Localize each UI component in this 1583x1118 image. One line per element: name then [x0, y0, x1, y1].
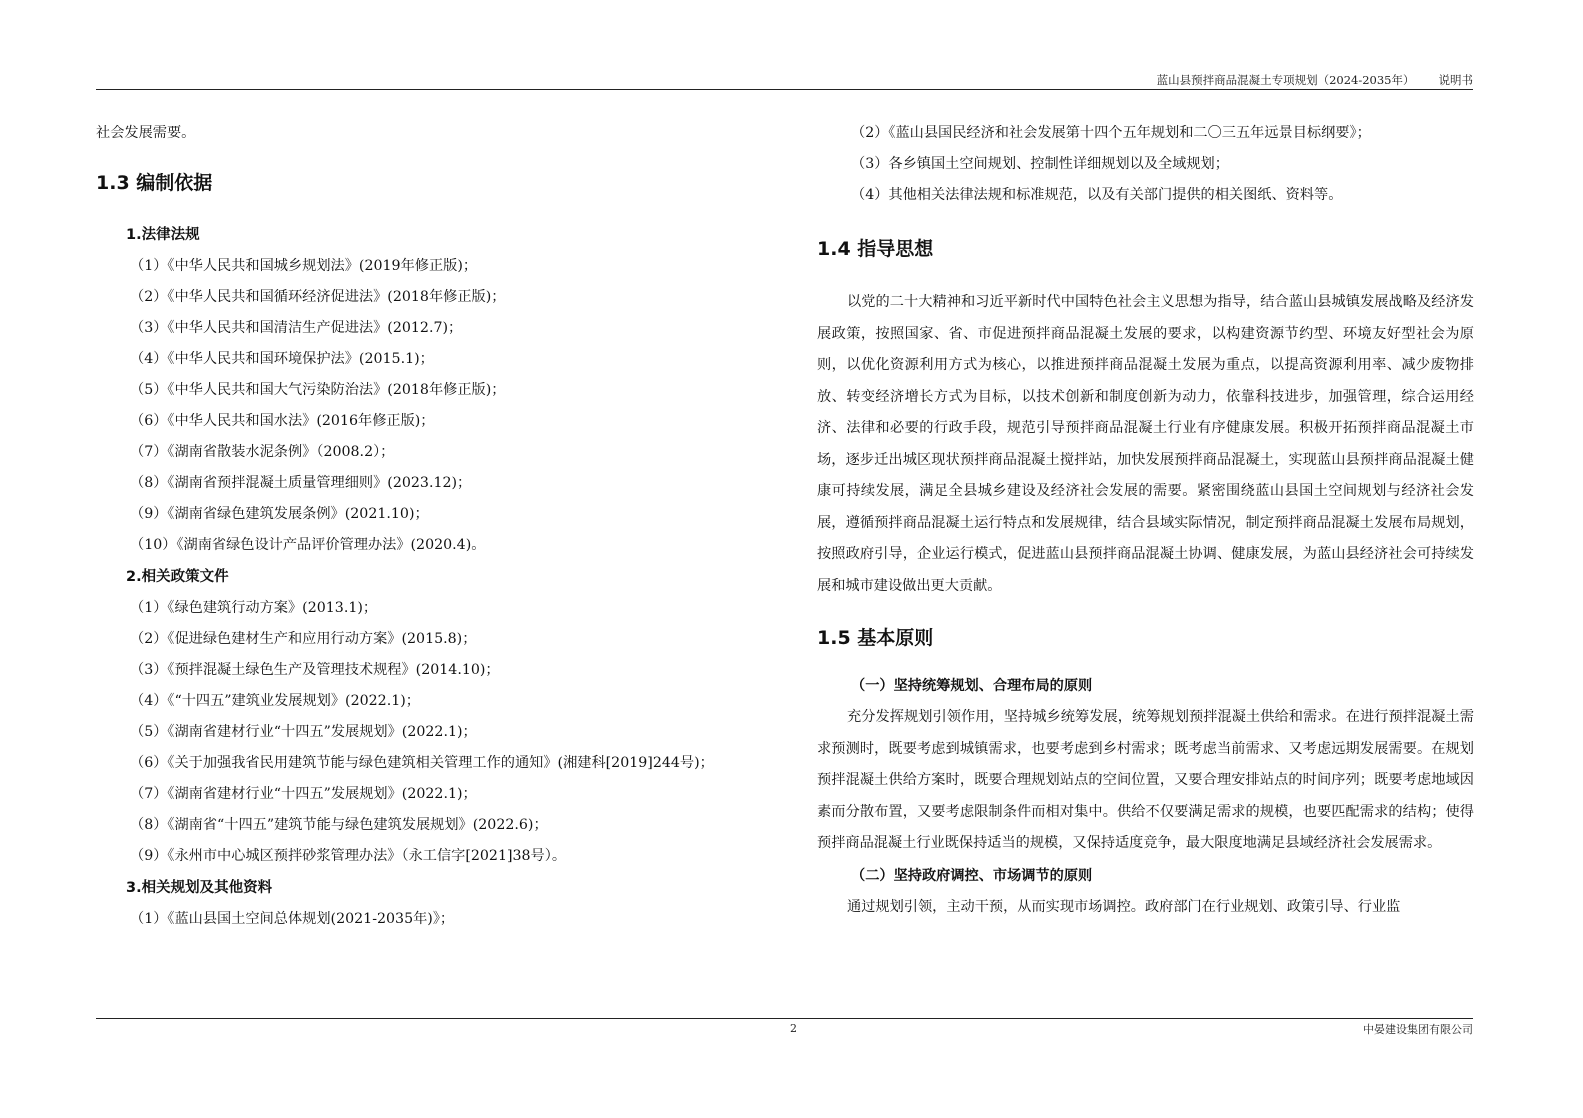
plans-list-continued: （2）《蓝山县国民经济和社会发展第十四个五年规划和二〇三五年远景目标纲要》； （… — [817, 118, 1474, 211]
company-name: 中晏建设集团有限公司 — [1363, 1021, 1473, 1037]
section-1-3-title: 1.3 编制依据 — [96, 151, 756, 215]
plans-list: （1）《蓝山县国土空间总体规划(2021-2035年)》； — [96, 904, 756, 935]
section-1-5-title: 1.5 基本原则 — [817, 606, 1474, 670]
list-item: （2）《蓝山县国民经济和社会发展第十四个五年规划和二〇三五年远景目标纲要》； — [817, 118, 1474, 149]
intro-text: 社会发展需要。 — [96, 118, 756, 149]
footer-divider — [96, 1018, 1473, 1019]
page-header: 蓝山县预拌商品混凝土专项规划（2024-2035年）说明书 — [96, 72, 1473, 90]
document-title: 蓝山县预拌商品混凝土专项规划（2024-2035年） — [1157, 73, 1415, 87]
list-item: （7）《湖南省建材行业“十四五”发展规划》(2022.1)； — [96, 779, 756, 810]
list-item: （10）《湖南省绿色设计产品评价管理办法》(2020.4)。 — [96, 530, 756, 561]
list-item: （3）《中华人民共和国清洁生产促进法》(2012.7)； — [96, 313, 756, 344]
document-type: 说明书 — [1439, 73, 1474, 87]
principle-1-title: （一）坚持统筹规划、合理布局的原则 — [817, 670, 1474, 702]
subsection-laws-title: 1.法律法规 — [96, 219, 756, 251]
list-item: （2）《中华人民共和国循环经济促进法》(2018年修正版)； — [96, 282, 756, 313]
page-number: 2 — [790, 1022, 797, 1035]
laws-list: （1）《中华人民共和国城乡规划法》(2019年修正版)； （2）《中华人民共和国… — [96, 251, 756, 561]
guiding-ideology-paragraph: 以党的二十大精神和习近平新时代中国特色社会主义思想为指导，结合蓝山县城镇发展战略… — [817, 287, 1474, 602]
list-item: （6）《中华人民共和国水法》(2016年修正版)； — [96, 406, 756, 437]
list-item: （3）《预拌混凝土绿色生产及管理技术规程》(2014.10)； — [96, 655, 756, 686]
list-item: （2）《促进绿色建材生产和应用行动方案》(2015.8)； — [96, 624, 756, 655]
left-column: 社会发展需要。 1.3 编制依据 1.法律法规 （1）《中华人民共和国城乡规划法… — [96, 118, 756, 935]
list-item: （4）《中华人民共和国环境保护法》(2015.1)； — [96, 344, 756, 375]
list-item: （1）《中华人民共和国城乡规划法》(2019年修正版)； — [96, 251, 756, 282]
list-item: （3）各乡镇国土空间规划、控制性详细规划以及全域规划； — [817, 149, 1474, 180]
subsection-plans-title: 3.相关规划及其他资料 — [96, 872, 756, 904]
list-item: （8）《湖南省“十四五”建筑节能与绿色建筑发展规划》(2022.6)； — [96, 810, 756, 841]
policy-list: （1）《绿色建筑行动方案》(2013.1)； （2）《促进绿色建材生产和应用行动… — [96, 593, 756, 872]
section-1-4-title: 1.4 指导思想 — [817, 217, 1474, 281]
list-item: （1）《蓝山县国土空间总体规划(2021-2035年)》； — [96, 904, 756, 935]
list-item: （1）《绿色建筑行动方案》(2013.1)； — [96, 593, 756, 624]
subsection-policy-title: 2.相关政策文件 — [96, 561, 756, 593]
list-item: （4）《“十四五”建筑业发展规划》(2022.1)； — [96, 686, 756, 717]
list-item: （6）《关于加强我省民用建筑节能与绿色建筑相关管理工作的通知》(湘建科[2019… — [96, 748, 756, 779]
list-item: （9）《永州市中心城区预拌砂浆管理办法》（永工信字[2021]38号）。 — [96, 841, 756, 872]
list-item: （4）其他相关法律法规和标准规范，以及有关部门提供的相关图纸、资料等。 — [817, 180, 1474, 211]
principle-2-paragraph: 通过规划引领，主动干预，从而实现市场调控。政府部门在行业规划、政策引导、行业监 — [817, 892, 1474, 924]
list-item: （8）《湖南省预拌混凝土质量管理细则》(2023.12)； — [96, 468, 756, 499]
right-column: （2）《蓝山县国民经济和社会发展第十四个五年规划和二〇三五年远景目标纲要》； （… — [817, 118, 1474, 923]
list-item: （7）《湖南省散装水泥条例》（2008.2）； — [96, 437, 756, 468]
principle-1-paragraph: 充分发挥规划引领作用，坚持城乡统筹发展，统筹规划预拌混凝土供给和需求。在进行预拌… — [817, 702, 1474, 860]
list-item: （5）《中华人民共和国大气污染防治法》(2018年修正版)； — [96, 375, 756, 406]
list-item: （5）《湖南省建材行业“十四五”发展规划》(2022.1)； — [96, 717, 756, 748]
principle-2-title: （二）坚持政府调控、市场调节的原则 — [817, 860, 1474, 892]
list-item: （9）《湖南省绿色建筑发展条例》(2021.10)； — [96, 499, 756, 530]
